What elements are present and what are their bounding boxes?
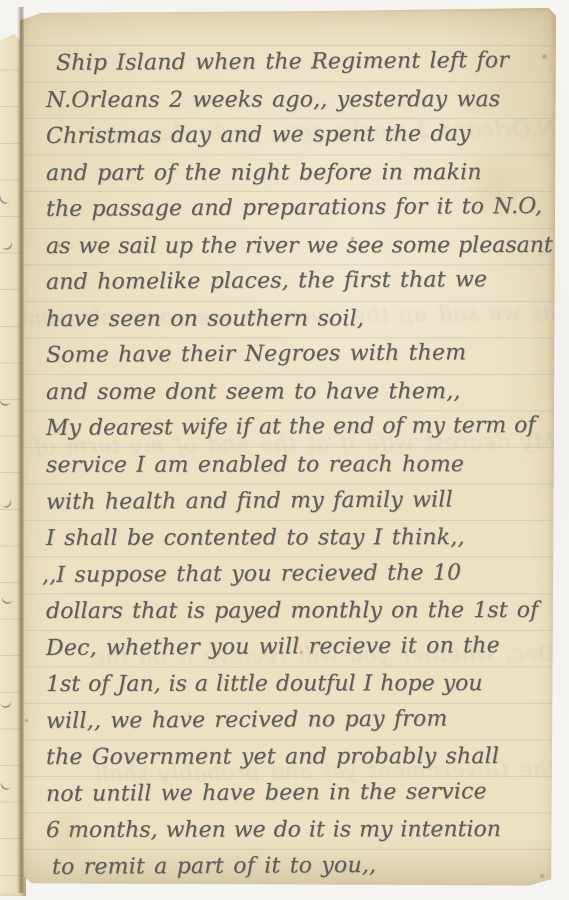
pencil-mark-fragment [0, 494, 14, 510]
handwriting-line: will,, we have recived no pay from [34, 700, 552, 740]
pencil-mark-fragment [0, 190, 14, 206]
page-fold-crease [17, 7, 24, 893]
handwriting-line: with health and find my family will [34, 480, 552, 520]
handwriting-line: and homelike places, the first that we [34, 261, 552, 301]
paper-stain [36, 804, 100, 862]
handwriting-line: 6 months, when we do it is my intention [34, 811, 552, 849]
foxing-spot [350, 236, 355, 241]
handwriting-line: the Government yet and probably shall [34, 738, 552, 776]
handwriting-line: Dec, whether you will recieve it on the [34, 627, 552, 667]
handwriting-line: and some dont seem to have them,, [34, 373, 552, 411]
pencil-mark-fragment [0, 695, 12, 709]
handwriting-line: ,,I suppose that you recieved the 10 [34, 553, 552, 593]
pencil-mark-fragment [0, 393, 12, 407]
foxing-spot [299, 650, 304, 655]
pencil-mark-fragment [0, 776, 14, 792]
foxing-spot [57, 244, 61, 248]
handwriting-line: 1st of Jan, is a little doutful I hope y… [34, 665, 552, 703]
letter-paper-sheet: N.Orleans 2 weeks ago,, yesterday wasas … [20, 8, 556, 889]
handwriting-line: as we sail up the river we see some plea… [34, 227, 552, 265]
handwriting-line: dollars that is payed monthly on the 1st… [34, 592, 552, 630]
handwriting-line: not untill we have been in the service [34, 773, 552, 813]
pencil-mark-fragment [0, 590, 14, 605]
foxing-spot [541, 53, 548, 60]
pencil-mark-fragment [0, 236, 14, 252]
scanned-letter-page: N.Orleans 2 weeks ago,, yesterday wasas … [0, 0, 569, 900]
handwriting-line: service I am enabled to reach home [34, 446, 552, 484]
handwriting-line: Some have their Negroes with them [34, 334, 552, 374]
foxing-spot [24, 718, 29, 723]
handwriting-line: Ship Island when the Regiment left for [34, 42, 552, 82]
foxing-spot [539, 873, 545, 879]
handwriting-line: have seen on southern soil, [34, 300, 552, 338]
handwriting-line: Christmas day and we spent the day [34, 115, 552, 155]
handwriting-line: I shall be contented to stay I think,, [34, 519, 552, 557]
handwriting-line: My dearest wife if at the end of my term… [34, 407, 552, 447]
handwriting-line: to remit a part of it to you,, [34, 846, 552, 886]
paper-stain [452, 150, 536, 220]
handwriting-line: N.Orleans 2 weeks ago,, yesterday was [34, 80, 552, 118]
